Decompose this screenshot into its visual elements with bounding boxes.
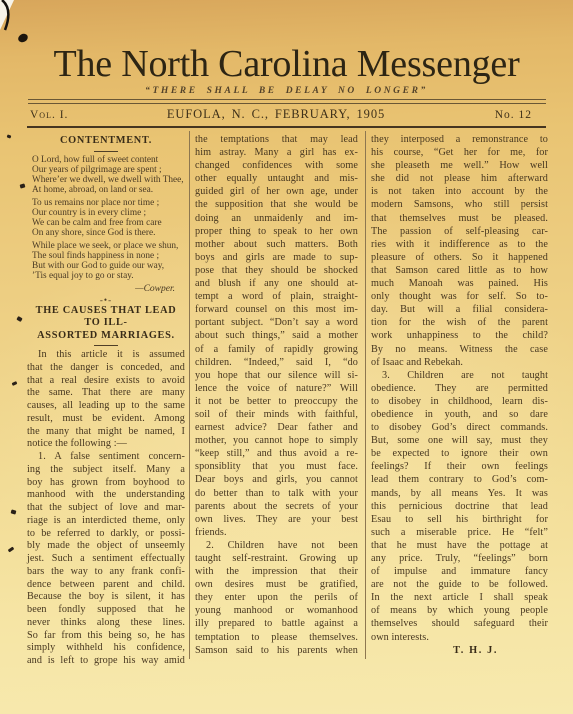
poem-stanza: While place we seek, or place we shun,Th… [27,241,185,281]
ink-speck [7,134,12,138]
text-line: feelings? If their own feelings [371,460,548,473]
text-line: Esau to sell his birthright for [371,513,548,526]
text-line: Because the boy is silent, it has [27,591,185,604]
poem-attribution: —Cowper. [27,284,185,295]
text-line: illy prepared to battle against a [195,617,358,630]
text-line: sponsiblity that you must face. [195,460,358,473]
text-line: The passion of self-pleasing car- [371,225,548,238]
text-line: the many that might be named, I [27,426,185,439]
ink-speck [20,183,26,188]
text-line: other equally untaught and mis- [195,172,358,185]
poem-stanza: To us remains nor place nor time ;Our co… [27,198,185,238]
poem-stanza: O Lord, how full of sweet contentOur yea… [27,155,185,195]
text-line: his course, “Get her for me, for [371,146,548,159]
text-line: and blush if any one should at- [195,277,358,290]
issue-info-row: Vol. I. EUFOLA, N. C., FEBRUARY, 1905 No… [28,107,546,124]
text-line: notice the following :— [27,438,185,451]
text-line: she did not please him afterward [371,172,548,185]
text-line: dence between parent and child. [27,579,185,592]
text-line: earnest advice? Dear father and [195,421,358,434]
poem-line: The soul finds happiness in none ; [27,251,185,261]
text-line: young manhood or womanhood [195,604,358,617]
text-line: causes, all leading up to the same [27,400,185,413]
text-line: changed confidences with some [195,159,358,172]
text-line: manhood with the understanding [27,489,185,502]
text-line: result, must be evident. Among [27,413,185,426]
text-line: boys and girls are made to sup- [195,251,358,264]
text-line: that a real desire exists to avoid [27,375,185,388]
text-line: lence the voice of nature?” Will [195,382,358,395]
text-line: pose that they should be shocked [195,264,358,277]
text-line: In the next article I shall speak [371,591,548,604]
poem-line: Where’er we dwell, we dwell with Thee, [27,175,185,185]
text-line: own desires must be gratified, [195,578,358,591]
text-line: that the danger is conceded, and [27,362,185,375]
text-line: him astray. Many a girl has ex- [195,146,358,159]
text-line: guided girl of her own age, under [195,185,358,198]
text-line: mother about such matters. Both [195,238,358,251]
text-line: of impulse and immature fancy [371,565,548,578]
text-line: to disobey in childhood, learn dis- [371,395,548,408]
text-line: that Samson cared little as to how [371,264,548,277]
poem-line: On any shore, since God is there. [27,228,185,238]
section-separator: -•- [27,296,185,305]
text-line: Samson said to his parents when [195,644,358,657]
text-line: day. But will a filial considera- [371,303,548,316]
text-line: own lives. They are your best [195,513,358,526]
masthead-double-rule [28,99,546,104]
ink-speck [16,316,22,322]
text-line: themselves should safeguard their [371,617,548,630]
issue-number: No. 12 [495,109,532,121]
poem-line: Our years of pilgrimage are spent ; [27,165,185,175]
text-line: boy has grown from boyhood to [27,477,185,490]
text-line: obedience. They are permitted [371,382,548,395]
poem-line: Our country is in every clime ; [27,208,185,218]
text-line: that the subject of love and mar- [27,502,185,515]
text-line: So far from this being so, he has [27,630,185,643]
heading-rule [94,345,118,346]
text-line: 3. Children are not taught [371,369,548,382]
text-line: friends. [195,526,358,539]
text-line: But, some one will say, must they [371,434,548,447]
text-line: you hope that our silence will si- [195,369,358,382]
text-line: soil of their minds with faithful, [195,408,358,421]
text-line: to be referred to darkly, or possi- [27,528,185,541]
text-line: she pleaseth me well.” How well [371,159,548,172]
text-line: such a miserable price. He “felt” [371,526,548,539]
text-line: By no means. Witness the case [371,343,548,356]
text-line: it not be better to preoccupy the [195,395,358,408]
column-divider [189,131,190,659]
masthead-tagline: “THERE SHALL BE DELAY NO LONGER” [0,86,573,96]
masthead-heavy-rule [27,126,546,128]
text-line: any price. Truly, “feelings” born [371,552,548,565]
dateline: EUFOLA, N. C., FEBRUARY, 1905 [28,107,524,122]
text-line: forward counsel on this most im- [195,303,358,316]
ink-speck [8,547,15,553]
column-divider [365,131,366,659]
poem-line: At home, abroad, on land or sea. [27,185,185,195]
text-line: temptation to please themselves. [195,631,358,644]
masthead-title: The North Carolina Messenger [0,44,573,84]
text-line: never thinks along these lines. [27,617,185,630]
poem-line: O Lord, how full of sweet content [27,155,185,165]
text-line: obedience in youth, and so dare [371,408,548,421]
text-line: only thought was for self. So to- [371,290,548,303]
text-line: of a family of rapidly growing [195,343,358,356]
text-line: ries with it indifference as to the [371,238,548,251]
text-line: are not the guide to be followed. [371,578,548,591]
text-line: taught self-restraint. Growing up [195,552,358,565]
text-line: proper thing to speak to her own [195,225,358,238]
text-line: pleasure of others. So it happened [371,251,548,264]
text-line: this pernicious doctrine that lead [371,500,548,513]
text-line: bars the way to any frank confi- [27,566,185,579]
text-line: 1. A false sentiment concern- [27,451,185,464]
text-line: bly made the object of unseemly [27,540,185,553]
text-line: of means by which young people [371,604,548,617]
text-line: the same. That there are many [27,387,185,400]
text-line: that themselves must be pleased. [371,212,548,225]
text-line: jest. Such a sentiment effectually [27,553,185,566]
text-line: of Isaac and Rebekah. [371,356,548,369]
text-line: modern Samsons, who still persist [371,198,548,211]
column-3: they interposed a remonstrance tohis cou… [371,133,548,657]
text-line: 2. Children have not been [195,539,358,552]
column-2: the temptations that may leadhim astray.… [195,133,358,657]
text-line: work unhappiness to the child? [371,329,548,342]
article-heading: CONTENTMENT. [27,135,185,148]
text-line: Dear boys and girls, you cannot [195,473,358,486]
text-line: been fondly supposed that he [27,604,185,617]
poem-line: ’Tis equal joy to go or stay. [27,271,185,281]
article-heading: THE CAUSES THAT LEAD TO ILL- [27,305,185,330]
text-line: ing the subject itself. Many a [27,464,185,477]
text-line: mother, you cannot hope to simply [195,434,358,447]
text-line: parents about the secrets of your [195,500,358,513]
poem-line: While place we seek, or place we shun, [27,241,185,251]
text-line: In this article it is assumed [27,349,185,362]
ink-speck [12,381,18,386]
ink-speck [11,509,17,514]
text-line: with the impression that their [195,565,358,578]
poem-line: We can be calm and free from care [27,218,185,228]
text-line: the temptations that may lead [195,133,358,146]
article-heading: ASSORTED MARRIAGES. [27,330,185,343]
text-line: that he must have the pottage at [371,539,548,552]
text-line: riage is an interdicted theme, only [27,515,185,528]
text-line: tion for the wish of the parent [371,316,548,329]
text-line: children. “Indeed,” said I, “do [195,356,358,369]
poem-line: To us remains nor place nor time ; [27,198,185,208]
article-signature: T. H. J. [371,644,548,657]
text-line: to disobey God’s direct commands. [371,421,548,434]
text-line: and is left to grope his way amid [27,655,185,668]
text-line: mands, by all means Yes. It was [371,487,548,500]
newspaper-page: The North Carolina Messenger “THERE SHAL… [0,0,573,714]
text-line: “keep still,” and thus avoid a re- [195,447,358,460]
poem-line: But with our God to guide our way, [27,261,185,271]
text-line: simply withheld his confidence, [27,642,185,655]
column-1: CONTENTMENT.O Lord, how full of sweet co… [27,133,185,668]
text-line: they enter upon the perils of [195,591,358,604]
text-line: portant subject. “Don’t say a word [195,316,358,329]
heading-rule [94,151,118,152]
text-line: lead them contrary to God’s com- [371,473,548,486]
text-line: doing an unmaidenly and im- [195,212,358,225]
text-line: about such things,” said a mother [195,329,358,342]
text-line: is not taken into account by the [371,185,548,198]
text-line: be expected to ignore their own [371,447,548,460]
text-line: much Manoah was pained. His [371,277,548,290]
text-line: tempt a word of plain, straight- [195,290,358,303]
text-line: do better than to talk with your [195,487,358,500]
text-line: the supposition that she would be [195,198,358,211]
text-line: they interposed a remonstrance to [371,133,548,146]
text-line: own interests. [371,631,548,644]
